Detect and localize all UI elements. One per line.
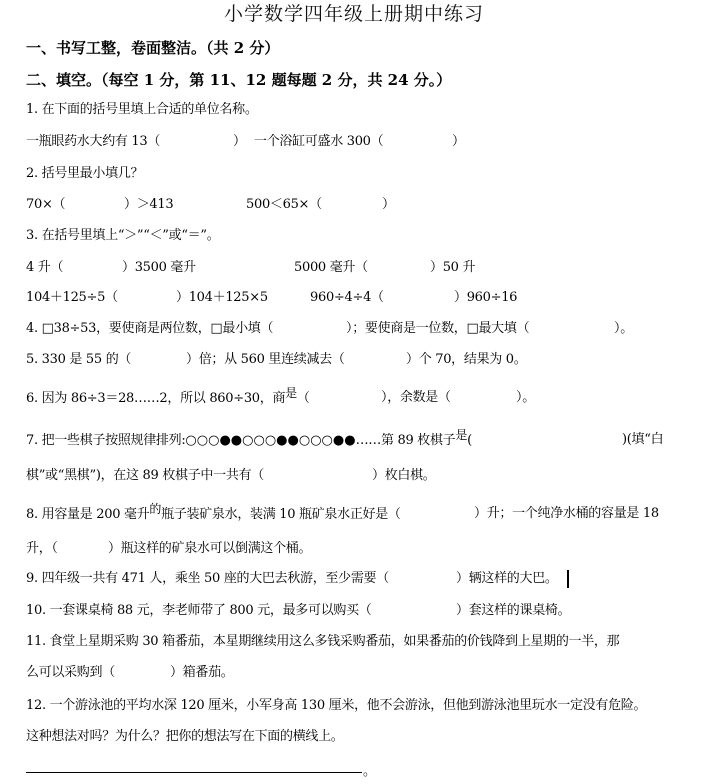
q11-line-1: 11. 食堂上星期采购 30 箱番茄，本星期继续用这么多钱采购番茄，如果番茄的价… (26, 634, 619, 650)
q8-text-3: ）升；一个纯净水桶的容量是 18 (474, 506, 659, 522)
page-title: 小学数学四年级上册期中练习 (0, 2, 708, 26)
q7-line2-1: 棋”或“黑棋”)，在这 89 枚棋子中一共有（ (26, 468, 264, 484)
q12-line-1: 12. 一个游泳池的平均水深 120 厘米，小军身高 130 厘米，他不会游泳，… (26, 698, 646, 714)
q8-text-1: 8. 用容量是 200 毫升的瓶子装矿泉水，装满 10 瓶矿泉水正好是（ (26, 506, 401, 523)
q12-line-2: 这种想法对吗？为什么？把你的想法写在下面的横线上。 (26, 729, 344, 745)
q6-row: 6. 因为 86÷3＝28……2，所以 860÷30，商是（ ），余数是（ ）。 (26, 390, 686, 406)
q9-row: 9. 四年级一共有 471 人，乘坐 50 座的大巴去秋游，至少需要（ ）辆这样… (26, 571, 686, 587)
q2-b-left: 500＜65×（ (246, 197, 322, 213)
q8-mid: 瓶子装矿泉水，装满 10 瓶矿泉水正好是（ (161, 507, 401, 522)
q5-text-3: ）个 70，结果为 0。 (406, 352, 526, 368)
q7-line2-2: ）枚白棋。 (372, 468, 436, 484)
q8-line2-1: 升，（ (26, 541, 58, 557)
q6-text-1: 6. 因为 86÷3＝28……2，所以 860÷30，商是（ (26, 390, 310, 407)
q9-text-2: ）辆这样的大巴。 (456, 571, 558, 587)
q6-open-paren: （ (297, 391, 310, 406)
q7-open-paren: ( (467, 433, 472, 448)
q7-lead: 7. 把一些棋子按照规律排列: (26, 433, 185, 448)
q3-prompt: 3. 在括号里填上“＞”“＜”或“＝”。 (26, 228, 219, 244)
q7-row-1: 7. 把一些棋子按照规律排列:○○○●●○○○●●○○○●●……第 89 枚棋子… (26, 432, 706, 448)
answer-end-mark: 。 (363, 760, 376, 779)
q8-lead: 8. 用容量是 200 毫升 (26, 507, 149, 522)
q10-row: 10. 一套课桌椅 88 元，李老师带了 800 元，最多可以购买（ ）套这样的… (26, 603, 686, 619)
q4-text-3: ）。 (614, 321, 633, 337)
text-cursor (567, 570, 569, 588)
q5-text-2: ）倍；从 560 里连续减去（ (186, 352, 345, 368)
q2-a-left: 70×（ (26, 197, 65, 213)
q4-row: 4. □38÷53，要使商是两位数，□最小填（ ）；要使商是一位数，□最大填（ … (26, 321, 686, 337)
q2-b-right: ） (382, 197, 395, 213)
q7-text-4: )(填“白 (622, 432, 663, 448)
q3-r1-a-left: 4 升（ (26, 260, 63, 276)
q3-row-1: 4 升（ ）3500 毫升 5000 毫升（ ）50 升 (26, 260, 686, 276)
q3-r1-a-right: ）3500 毫升 (122, 260, 196, 276)
q1-row: 一瓶眼药水大约有 13（ ） 一个浴缸可盛水 300（ ） (26, 134, 686, 150)
q7-mid: ……第 89 枚棋子 (356, 433, 456, 448)
q11-line2-2: ）箱番茄。 (170, 665, 234, 681)
q3-r2-b-right: ）960÷16 (454, 290, 517, 306)
q1-b-left: 一个浴缸可盛水 300（ (254, 134, 383, 150)
q11-row-2: 么可以采购到（ ）箱番茄。 (26, 665, 686, 681)
q8-row-1: 8. 用容量是 200 毫升的瓶子装矿泉水，装满 10 瓶矿泉水正好是（ ）升；… (26, 506, 706, 522)
q1-a-left: 一瓶眼药水大约有 13（ (26, 134, 160, 150)
q6-text-3: ），余数是（ (381, 390, 451, 406)
q4-text-1: 4. □38÷53，要使商是两位数，□最小填（ (26, 321, 273, 337)
q8-superscript: 的 (149, 502, 161, 516)
q6-text-1-main: 6. 因为 86÷3＝28……2，所以 860÷30，商 (26, 391, 285, 406)
q2-a-right: ）＞413 (124, 197, 173, 213)
section-2-heading: 二、填空。（每空 1 分，第 11、12 题每题 2 分，共 24 分。） (26, 70, 451, 90)
q7-superscript: 是 (455, 428, 467, 442)
q3-r2-b-left: 960÷4÷4（ (310, 290, 384, 306)
q11-line2-1: 么可以采购到（ (26, 665, 115, 681)
answer-underline[interactable] (26, 772, 362, 773)
q6-text-4: ）。 (516, 390, 535, 406)
section-1-heading: 一、书写工整，卷面整洁。（共 2 分） (26, 38, 279, 58)
q7-stone-pattern: ○○○●●○○○●●○○○●● (185, 433, 355, 448)
q5-row: 5. 330 是 55 的（ ）倍；从 560 里连续减去（ ）个 70，结果为… (26, 352, 686, 368)
q1-b-right: ） (452, 134, 465, 150)
q4-text-2: ）；要使商是一位数，□最大填（ (346, 321, 529, 337)
q8-line2-2: ）瓶这样的矿泉水可以倒满这个桶。 (108, 541, 311, 557)
q3-row-2: 104＋125÷5（ ）104＋125×5 960÷4÷4（ ）960÷16 (26, 290, 686, 306)
q9-text-1: 9. 四年级一共有 471 人，乘坐 50 座的大巴去秋游，至少需要（ (26, 571, 389, 587)
q7-row-2: 棋”或“黑棋”)，在这 89 枚棋子中一共有（ ）枚白棋。 (26, 468, 686, 484)
q10-text-1: 10. 一套课桌椅 88 元，李老师带了 800 元，最多可以购买（ (26, 603, 372, 619)
q3-r1-b-left: 5000 毫升（ (294, 260, 368, 276)
q5-text-1: 5. 330 是 55 的（ (26, 352, 131, 368)
q6-superscript: 是 (285, 386, 297, 400)
q10-text-2: ）套这样的课桌椅。 (456, 603, 570, 619)
q1-prompt: 1. 在下面的括号里填上合适的单位名称。 (26, 102, 258, 118)
q3-r2-a-left: 104＋125÷5（ (26, 290, 118, 306)
q7-text-1: 7. 把一些棋子按照规律排列:○○○●●○○○●●○○○●●……第 89 枚棋子… (26, 432, 472, 449)
q8-row-2: 升，（ ）瓶这样的矿泉水可以倒满这个桶。 (26, 541, 686, 557)
q1-a-right: ） (233, 134, 246, 150)
q3-r2-a-right: ）104＋125×5 (176, 290, 268, 306)
q2-prompt: 2. 括号里最小填几？ (26, 166, 143, 182)
q2-row: 70×（ ）＞413 500＜65×（ ） (26, 197, 686, 213)
q3-r1-b-right: ）50 升 (430, 260, 475, 276)
